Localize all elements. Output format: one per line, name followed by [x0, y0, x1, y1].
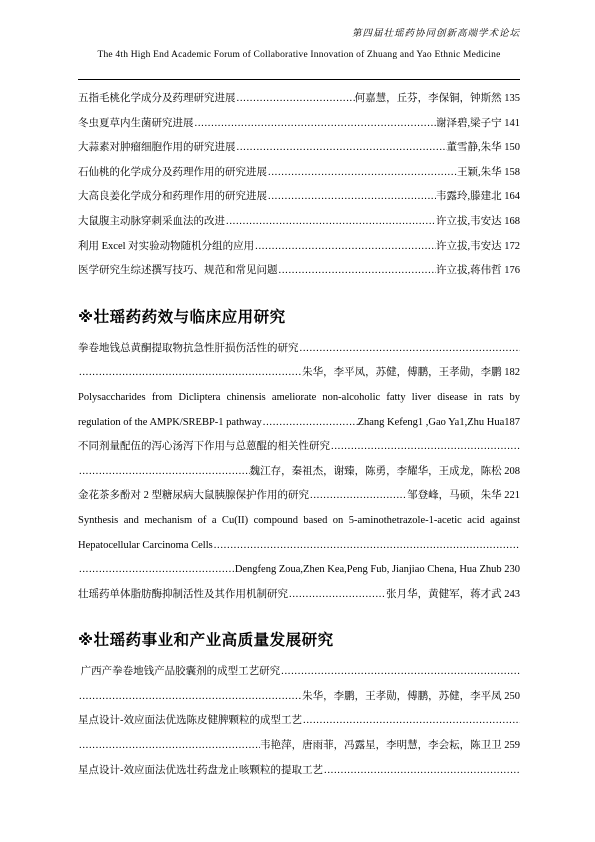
entry-title: 壮瑶药单体脂肪酶抑制活性及其作用机制研究 — [78, 583, 288, 608]
toc-justified-line: Polysaccharides from Dicliptera chinensi… — [78, 386, 520, 411]
toc-entry-line: ........................................… — [78, 685, 520, 710]
header-divider — [78, 79, 520, 80]
entry-title: 五指毛桃化学成分及药理研究进展 — [78, 87, 236, 112]
toc-entry-line: 不同剂量配伍的泻心汤泻下作用与总蒽醌的相关性研究................… — [78, 435, 520, 460]
entry-title: 不同剂量配伍的泻心汤泻下作用与总蒽醌的相关性研究 — [78, 435, 330, 460]
entry-title: 大鼠腹主动脉穿刺采血法的改进 — [78, 210, 225, 235]
table-of-contents: 五指毛桃化学成分及药理研究进展.........................… — [78, 87, 520, 783]
dot-leader: ........................................… — [267, 161, 457, 186]
dot-leader: ........................................… — [78, 361, 302, 386]
dot-leader: ........................................… — [225, 210, 436, 235]
toc-entry-line: 广西产拳卷地钱产品胶囊剂的成型工艺研究.....................… — [78, 660, 520, 685]
toc-entry-line: ........................................… — [78, 361, 520, 386]
entry-authors-page: Dengfeng Zoua,Zhen Kea,Peng Fub, Jianjia… — [235, 558, 520, 583]
entry-authors-page: 王颖,朱华 158 — [457, 161, 520, 186]
forum-title-chinese: 第四届壮瑶药协同创新高端学术论坛 — [78, 28, 520, 41]
entry-title: 金花茶多酚对 2 型糖尿病大鼠胰腺保护作用的研究 — [78, 484, 309, 509]
toc-entry-line: 星点设计-效应面法优选壮药盘龙止咳颗粒的提取工艺................… — [78, 759, 520, 784]
toc-entry-line: regulation of the AMPK/SREBP-1 pathway..… — [78, 411, 520, 436]
toc-entry-line: 星点设计-效应面法优选陈皮健脾颗粒的成型工艺..................… — [78, 709, 520, 734]
forum-title-english: The 4th High End Academic Forum of Colla… — [78, 48, 520, 62]
toc-entry-line: 五指毛桃化学成分及药理研究进展.........................… — [78, 87, 520, 112]
dot-leader: ........................................… — [236, 136, 447, 161]
toc-entry-line: 大鼠腹主动脉穿刺采血法的改进..........................… — [78, 210, 520, 235]
dot-leader: ........................................… — [213, 534, 520, 559]
entry-authors-page: 朱华，李平凤，苏健，傅鹏，王孝勋，李鹏 182 — [302, 361, 520, 386]
dot-leader: ........................................… — [236, 87, 355, 112]
entry-title: 拳卷地钱总黄酮提取物抗急性肝损伤活性的研究 — [78, 337, 299, 362]
entry-authors-page: 韦露玲,滕建北 164 — [436, 185, 520, 210]
dot-leader: ........................................… — [78, 685, 302, 710]
entry-authors-page: 谢泽碧,梁子宁 141 — [436, 112, 520, 137]
toc-justified-line: Synthesis and mechanism of a Cu(II) comp… — [78, 509, 520, 534]
dot-leader: ........................................… — [323, 759, 520, 784]
dot-leader: ........................................… — [288, 583, 386, 608]
entry-authors-page: 朱华，李鹏，王孝勋，傅鹏，苏健，李平凤 250 — [302, 685, 520, 710]
toc-entry-line: 石仙桃的化学成分及药理作用的研究进展......................… — [78, 161, 520, 186]
section-heading: ※壮瑶药事业和产业高质量发展研究 — [78, 630, 520, 651]
entry-title: 广西产拳卷地钱产品胶囊剂的成型工艺研究 — [78, 660, 280, 685]
toc-entry-line: 壮瑶药单体脂肪酶抑制活性及其作用机制研究....................… — [78, 583, 520, 608]
entry-authors-page: 魏江存，秦祖杰，谢臻，陈勇，李耀华，王成龙，陈松 208 — [250, 460, 520, 485]
toc-entry-line: ........................................… — [78, 460, 520, 485]
entry-title: 星点设计-效应面法优选壮药盘龙止咳颗粒的提取工艺 — [78, 759, 323, 784]
dot-leader: ........................................… — [78, 460, 250, 485]
dot-leader: ........................................… — [278, 259, 437, 284]
section-heading: ※壮瑶药药效与临床应用研究 — [78, 307, 520, 328]
dot-leader: ........................................… — [330, 435, 520, 460]
entry-authors-page: 何嘉慧，丘芬，李保铜，钟斯然 135 — [355, 87, 520, 112]
dot-leader: ........................................… — [194, 112, 437, 137]
dot-leader: ........................................… — [78, 734, 260, 759]
entry-authors-page: 许立拔,韦安达 168 — [436, 210, 520, 235]
toc-entry-line: ........................................… — [78, 734, 520, 759]
entry-authors-page: 董雪静,朱华 150 — [447, 136, 521, 161]
entry-title: 大蒜素对肿瘤细胞作用的研究进展 — [78, 136, 236, 161]
entry-authors-page: 许立拔,蒋伟哲 176 — [436, 259, 520, 284]
dot-leader: ........................................… — [78, 558, 235, 583]
entry-title: 冬虫夏草内生菌研究进展 — [78, 112, 194, 137]
toc-entry-line: 金花茶多酚对 2 型糖尿病大鼠胰腺保护作用的研究................… — [78, 484, 520, 509]
toc-entry-line: 大蒜素对肿瘤细胞作用的研究进展.........................… — [78, 136, 520, 161]
dot-leader: ........................................… — [302, 709, 520, 734]
dot-leader: ........................................… — [254, 235, 436, 260]
dot-leader: ........................................… — [262, 411, 358, 436]
dot-leader: ........................................… — [280, 660, 520, 685]
entry-authors-page: Zhang Kefeng1 ,Gao Ya1,Zhu Hua187 — [358, 411, 520, 436]
toc-entry-line: 拳卷地钱总黄酮提取物抗急性肝损伤活性的研究...................… — [78, 337, 520, 362]
entry-authors-page: 韦艳萍，唐雨菲，冯露星，李明慧，李会耘，陈卫卫 259 — [260, 734, 520, 759]
entry-title: 利用 Excel 对实验动物随机分组的应用 — [78, 235, 254, 260]
dot-leader: ........................................… — [267, 185, 436, 210]
dot-leader: ........................................… — [299, 337, 521, 362]
entry-authors-page: 张月华，黄健军，蒋才武 243 — [386, 583, 520, 608]
toc-entry-line: 医学研究生综述撰写技巧、规范和常见问题.....................… — [78, 259, 520, 284]
entry-title: Hepatocellular Carcinoma Cells — [78, 534, 213, 559]
entry-authors-page: 许立拔,韦安达 172 — [436, 235, 520, 260]
toc-entry-line: 大高良姜化学成分和药理作用的研究进展......................… — [78, 185, 520, 210]
document-page: 第四届壮瑶药协同创新高端学术论坛 The 4th High End Academ… — [0, 0, 595, 842]
entry-title: 星点设计-效应面法优选陈皮健脾颗粒的成型工艺 — [78, 709, 302, 734]
toc-entry-line: ........................................… — [78, 558, 520, 583]
toc-entry-line: Hepatocellular Carcinoma Cells..........… — [78, 534, 520, 559]
dot-leader: ........................................… — [309, 484, 407, 509]
entry-title: 大高良姜化学成分和药理作用的研究进展 — [78, 185, 267, 210]
entry-title: regulation of the AMPK/SREBP-1 pathway — [78, 411, 262, 436]
entry-title: 石仙桃的化学成分及药理作用的研究进展 — [78, 161, 267, 186]
toc-entry-line: 利用 Excel 对实验动物随机分组的应用...................… — [78, 235, 520, 260]
entry-authors-page: 邹登峰，马硕，朱华 221 — [407, 484, 520, 509]
toc-entry-line: 冬虫夏草内生菌研究进展.............................… — [78, 112, 520, 137]
entry-title: 医学研究生综述撰写技巧、规范和常见问题 — [78, 259, 278, 284]
